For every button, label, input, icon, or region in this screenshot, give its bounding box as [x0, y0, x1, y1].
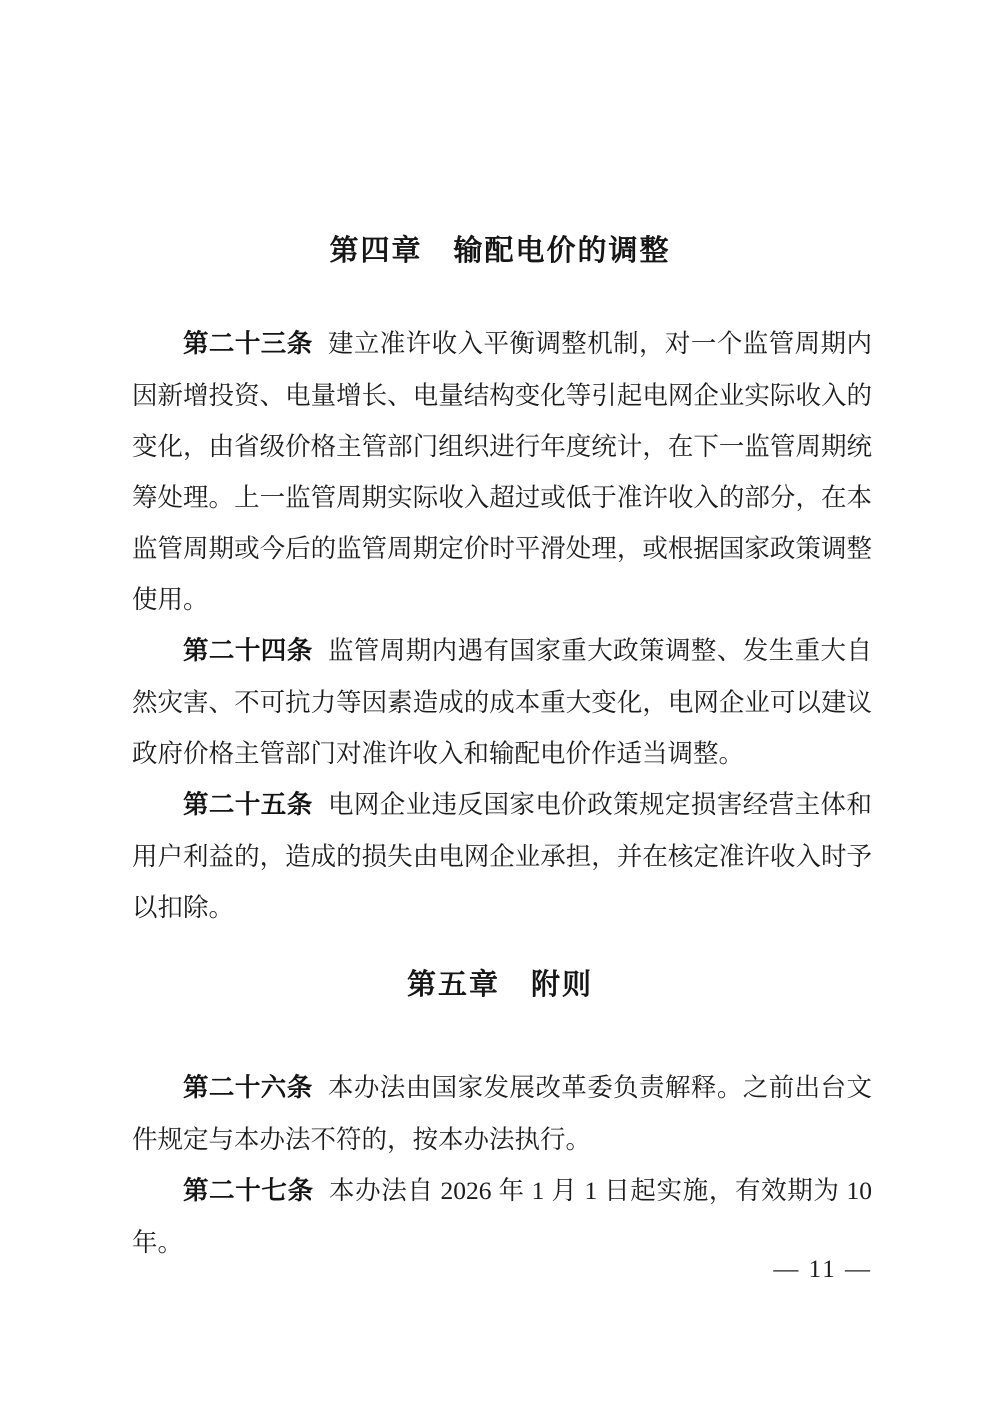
page-number: — 11 — — [132, 1256, 872, 1284]
chapter-4-articles: 第二十三条建立准许收入平衡调整机制，对一个监管周期内因新增投资、电量增长、电量结… — [132, 318, 872, 933]
chapter-4-title: 第四章 输配电价的调整 — [130, 228, 870, 269]
article-23: 第二十三条建立准许收入平衡调整机制，对一个监管周期内因新增投资、电量增长、电量结… — [132, 318, 872, 625]
article-23-number: 第二十三条 — [183, 330, 313, 358]
article-25-number: 第二十五条 — [183, 791, 313, 819]
article-27: 第二十七条本办法自 2026 年 1 月 1 日起实施，有效期为 10 年。 — [132, 1165, 872, 1268]
article-26: 第二十六条本办法由国家发展改革委负责解释。之前出台文件规定与本办法不符的，按本办… — [132, 1062, 872, 1165]
article-23-text: 建立准许收入平衡调整机制，对一个监管周期内因新增投资、电量增长、电量结构变化等引… — [132, 329, 872, 614]
document-page: 第四章 输配电价的调整 第二十三条建立准许收入平衡调整机制，对一个监管周期内因新… — [0, 0, 1000, 1414]
article-27-number: 第二十七条 — [183, 1177, 314, 1205]
article-26-number: 第二十六条 — [183, 1074, 313, 1102]
article-25: 第二十五条电网企业违反国家电价政策规定损害经营主体和用户利益的，造成的损失由电网… — [132, 779, 872, 933]
article-24: 第二十四条监管周期内遇有国家重大政策调整、发生重大自然灾害、不可抗力等因素造成的… — [132, 625, 872, 779]
chapter-5-title: 第五章 附则 — [130, 962, 870, 1003]
chapter-5-articles: 第二十六条本办法由国家发展改革委负责解释。之前出台文件规定与本办法不符的，按本办… — [132, 1062, 872, 1268]
article-24-number: 第二十四条 — [183, 637, 313, 665]
